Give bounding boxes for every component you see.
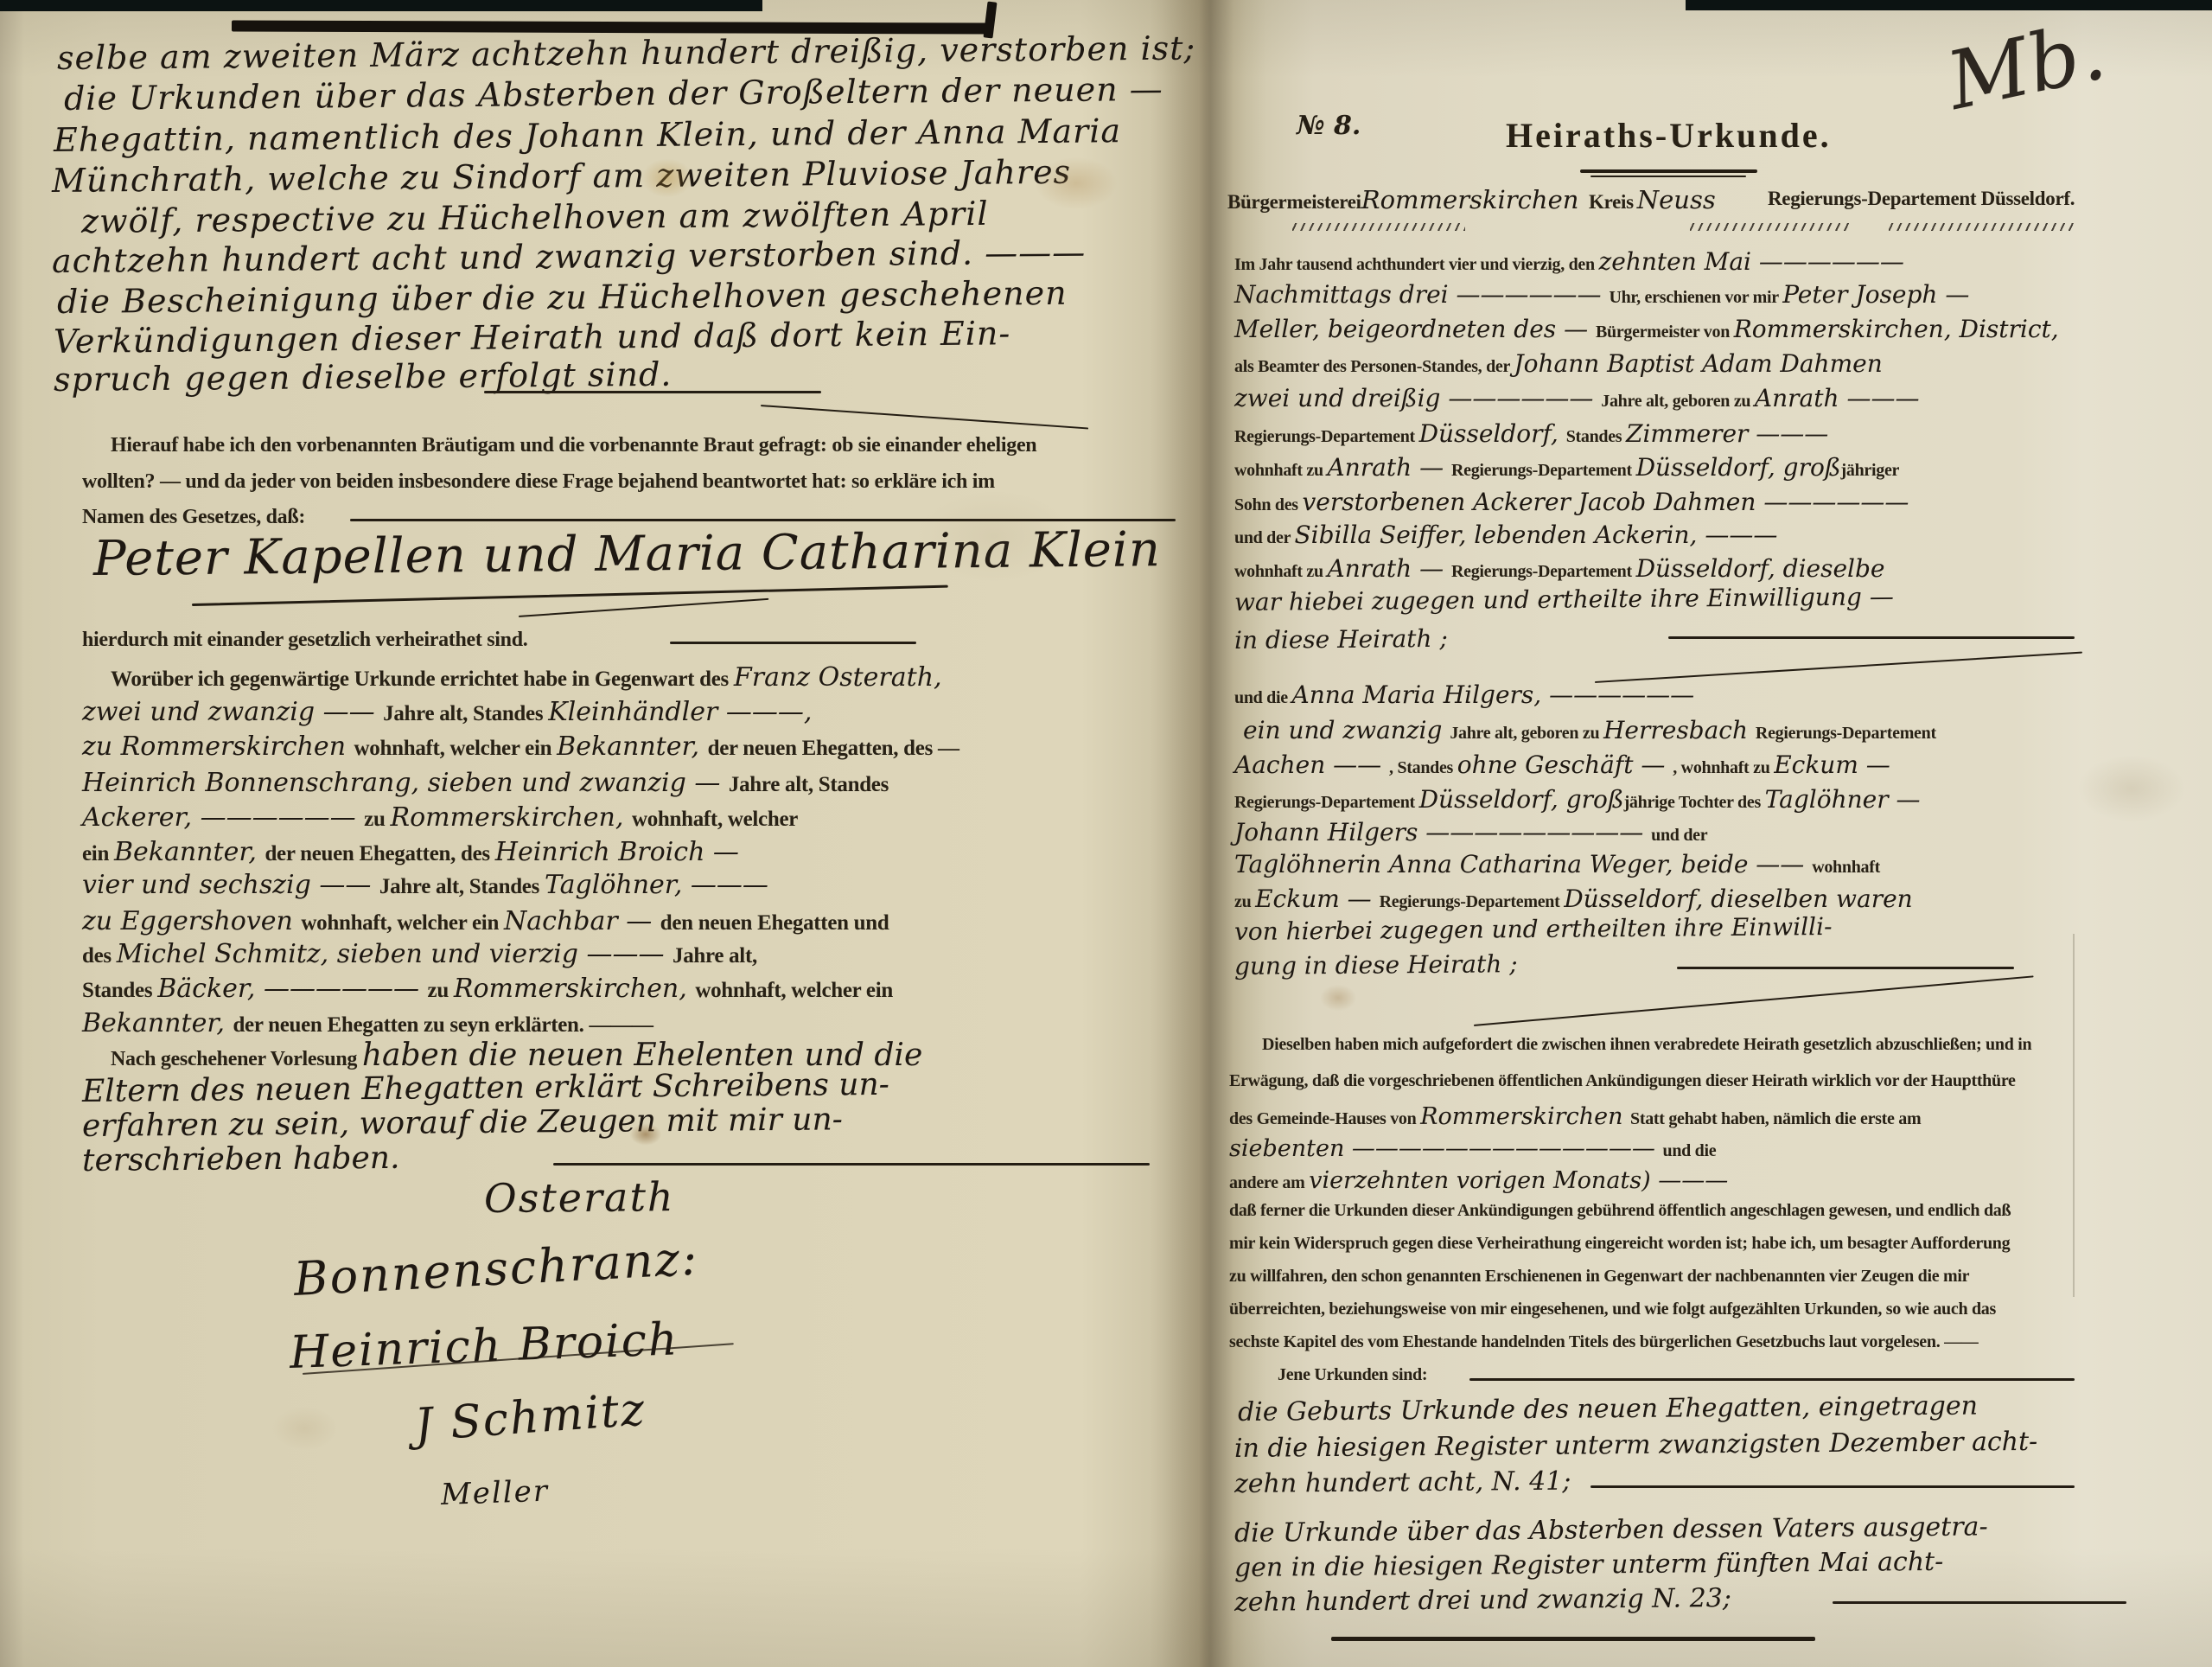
couple-names: Peter Kapellen und Maria Catharina Klein (93, 525, 1161, 585)
bride-name-line: und die Anna Maria Hilgers, —————— (1234, 682, 1694, 707)
witness-line-4: Heinrich Bonnenschrang, sieben und zwanz… (82, 770, 889, 797)
squiggle-underline (1292, 223, 1465, 231)
witness-line-7: vier und sechszig —— Jahre alt, Standes … (82, 872, 768, 899)
legal-paragraph-line-8: zu willfahren, den schon genannten Ersch… (1229, 1268, 1969, 1286)
bride-father-line: Johann Hilgers ————————— und der (1234, 820, 1707, 845)
document-item-line: die Geburts Urkunde des neuen Ehegatten,… (1238, 1393, 1978, 1427)
document-item-line: zehn hundert drei und zwanzig N. 23; (1234, 1585, 1731, 1617)
legal-paragraph-line-7: mir kein Widerspruch gegen diese Verheir… (1229, 1235, 2010, 1253)
bride-age-line: ein und zwanzig Jahre alt, geboren zu He… (1243, 718, 1936, 743)
title-underline (1580, 169, 1757, 173)
date-line: Im Jahr tausend achthundert vier und vie… (1234, 249, 1904, 274)
witness-line-11: Bekannter, der neuen Ehegatten zu seyn e… (82, 1010, 653, 1038)
left-handwritten-line: zwölf, respective zu Hüchelhoven am zwöl… (81, 197, 989, 240)
groom-occupation-line: Regierungs-Departement Düsseldorf, Stand… (1234, 421, 1828, 446)
witness-line-10: Standes Bäcker, —————— zu Rommerskirchen… (82, 975, 893, 1003)
document-item-line: die Urkunde über das Absterben dessen Va… (1234, 1513, 1988, 1547)
title-underline-2 (1590, 176, 1746, 177)
document-item-line: in die hiesigen Register unterm zwanzigs… (1234, 1428, 2037, 1463)
legal-paragraph-line-10: sechste Kapitel des vom Ehestande handel… (1229, 1333, 1979, 1351)
scan-edge-top-left (0, 0, 762, 11)
consent-line-1: war hiebei zugegen und ertheilte ihre Ei… (1234, 584, 1894, 615)
parents-consent-line-1: von hierbei zugegen und ertheilten ihre … (1234, 914, 1833, 944)
closing-line-3: erfahren zu sein, worauf die Zeugen mit … (82, 1103, 843, 1142)
document-item-line: zehn hundert acht, N. 41; (1234, 1468, 1571, 1498)
scan-edge-top-right (1686, 0, 2212, 10)
witness-line-1: Worüber ich gegenwärtige Urkunde erricht… (111, 664, 942, 692)
parents-consent-line-2: gung in diese Heirath ; (1234, 951, 1518, 979)
witness-line-2: zwei und zwanzig —— Jahre alt, Standes K… (82, 699, 812, 726)
witness-line-6: ein Bekannter, der neuen Ehegatten, des … (82, 839, 739, 866)
married-statement: hierdurch mit einander gesetzlich verhei… (82, 629, 527, 651)
rule (484, 391, 821, 393)
groom-mother-line: und der Sibilla Seiffer, lebenden Ackeri… (1234, 522, 1777, 547)
witness-line-3: zu Rommerskirchen wohnhaft, welcher ein … (82, 733, 959, 761)
rule (350, 519, 1176, 521)
municipality-field: BürgermeistereiRommerskirchen (1227, 187, 1578, 213)
bride-father-intro-line: Regierungs-Departement Düsseldorf, großj… (1234, 787, 1921, 812)
record-number: № 8. (1297, 112, 1361, 140)
department-field: Regierungs-Departement Düsseldorf. (1768, 188, 2075, 209)
closing-rule (1331, 1637, 1815, 1641)
legal-paragraph-line-9: überreichten, beziehungsweise von mir ei… (1229, 1300, 1996, 1319)
legal-paragraph-line-1: Dieselben haben mich aufgefordert die zw… (1262, 1036, 2031, 1054)
page-title: Heiraths-Urkunde. (1506, 118, 1832, 154)
legal-paragraph-line-4: siebenten ————————————— und die (1229, 1137, 1716, 1161)
squiggle-underline (1889, 223, 2075, 231)
question-paragraph-line-1: Hierauf habe ich den vorbenannten Bräuti… (111, 435, 1036, 457)
rule (1469, 1378, 2075, 1381)
time-officer-line: Nachmittags drei —————— Uhr, erschienen … (1234, 282, 1969, 307)
left-handwritten-line: Verkündigungen dieser Heirath und daß do… (54, 316, 1011, 360)
rule (1677, 967, 2014, 969)
witness-line-8: zu Eggershoven wohnhaft, welcher ein Nac… (82, 908, 889, 936)
legal-paragraph-line-2: Erwägung, daß die vorgeschriebenen öffen… (1229, 1072, 2016, 1090)
document-item-line: gen in die hiesigen Register unterm fünf… (1234, 1549, 1944, 1582)
groom-residence-line: wohnhaft zu Anrath — Regierungs-Departem… (1234, 455, 1899, 480)
closing-line-4: terschrieben haben. (82, 1142, 400, 1178)
question-paragraph-line-2: wollten? — und da jeder von beiden insbe… (82, 471, 995, 493)
groom-father-line: Sohn des verstorbenen Ackerer Jacob Dahm… (1234, 489, 1909, 514)
document-scan: { "colors": { "paper_left": "#d8d0b4", "… (0, 0, 2212, 1667)
page-fold-line (2073, 934, 2075, 1297)
officer-line: Meller, beigeordneten des — Bürgermeiste… (1234, 316, 2059, 342)
rule (670, 642, 916, 644)
documents-heading: Jene Urkunden sind: (1278, 1366, 1427, 1384)
consent-line-2: in diese Heirath ; (1234, 626, 1448, 654)
legal-paragraph-line-6: daß ferner die Urkunden dieser Ankündigu… (1229, 1202, 2011, 1220)
rule (1833, 1601, 2126, 1604)
registrar-signature-meller: Meller (440, 1477, 549, 1511)
rule (553, 1163, 1150, 1166)
groom-name-line: als Beamter des Personen-Standes, der Jo… (1234, 351, 1883, 376)
squiggle-underline (1690, 223, 1850, 231)
bride-mother-line: Taglöhnerin Anna Catharina Weger, beide … (1234, 852, 1880, 877)
witness-signature-osterath: Osterath (484, 1176, 675, 1220)
county-field: Kreis Neuss (1589, 187, 1716, 213)
groom-age-line: zwei und dreißig —————— Jahre alt, gebor… (1234, 386, 1919, 411)
rule (1590, 1485, 2075, 1488)
witness-line-9: des Michel Schmitz, sieben und vierzig —… (82, 941, 757, 968)
question-paragraph-line-3: Namen des Gesetzes, daß: (82, 507, 305, 528)
legal-paragraph-line-3: des Gemeinde-Hauses von Rommerskirchen S… (1229, 1105, 1921, 1129)
mother-residence-line: wohnhaft zu Anrath — Regierungs-Departem… (1234, 556, 1885, 581)
rule (1668, 636, 2075, 639)
parents-residence-line: zu Eckum — Regierungs-Departement Düssel… (1234, 886, 1913, 911)
bride-occupation-line: Aachen —— , Standes ohne Geschäft — , wo… (1234, 752, 1890, 777)
legal-paragraph-line-5: andere am vierzehnten vorigen Monats) ——… (1229, 1169, 1728, 1193)
witness-line-5: Ackerer, —————— zu Rommerskirchen, wohnh… (82, 804, 798, 832)
